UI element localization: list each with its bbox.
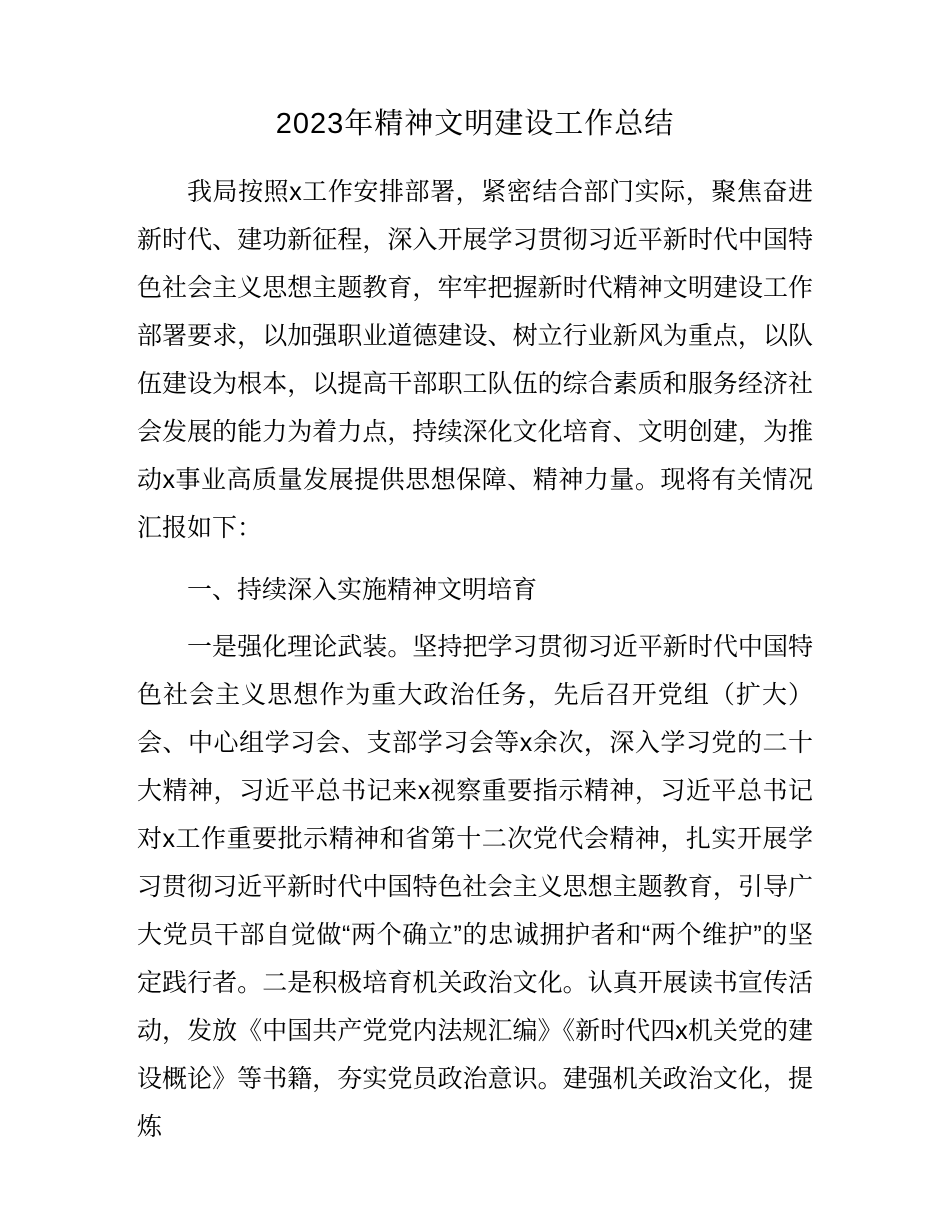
paragraph-section-1-body: 一是强化理论武装。坚持把学习贯彻习近平新时代中国特色社会主义思想作为重大政治任务… [137, 623, 813, 1151]
document-title: 2023年精神文明建设工作总结 [137, 100, 813, 148]
document-page: 2023年精神文明建设工作总结 我局按照x工作安排部署，紧密结合部门实际，聚焦奋… [0, 0, 950, 1230]
section-heading-1: 一、持续深入实施精神文明培育 [137, 566, 813, 614]
paragraph-intro: 我局按照x工作安排部署，紧密结合部门实际，聚焦奋进新时代、建功新征程，深入开展学… [137, 168, 813, 552]
